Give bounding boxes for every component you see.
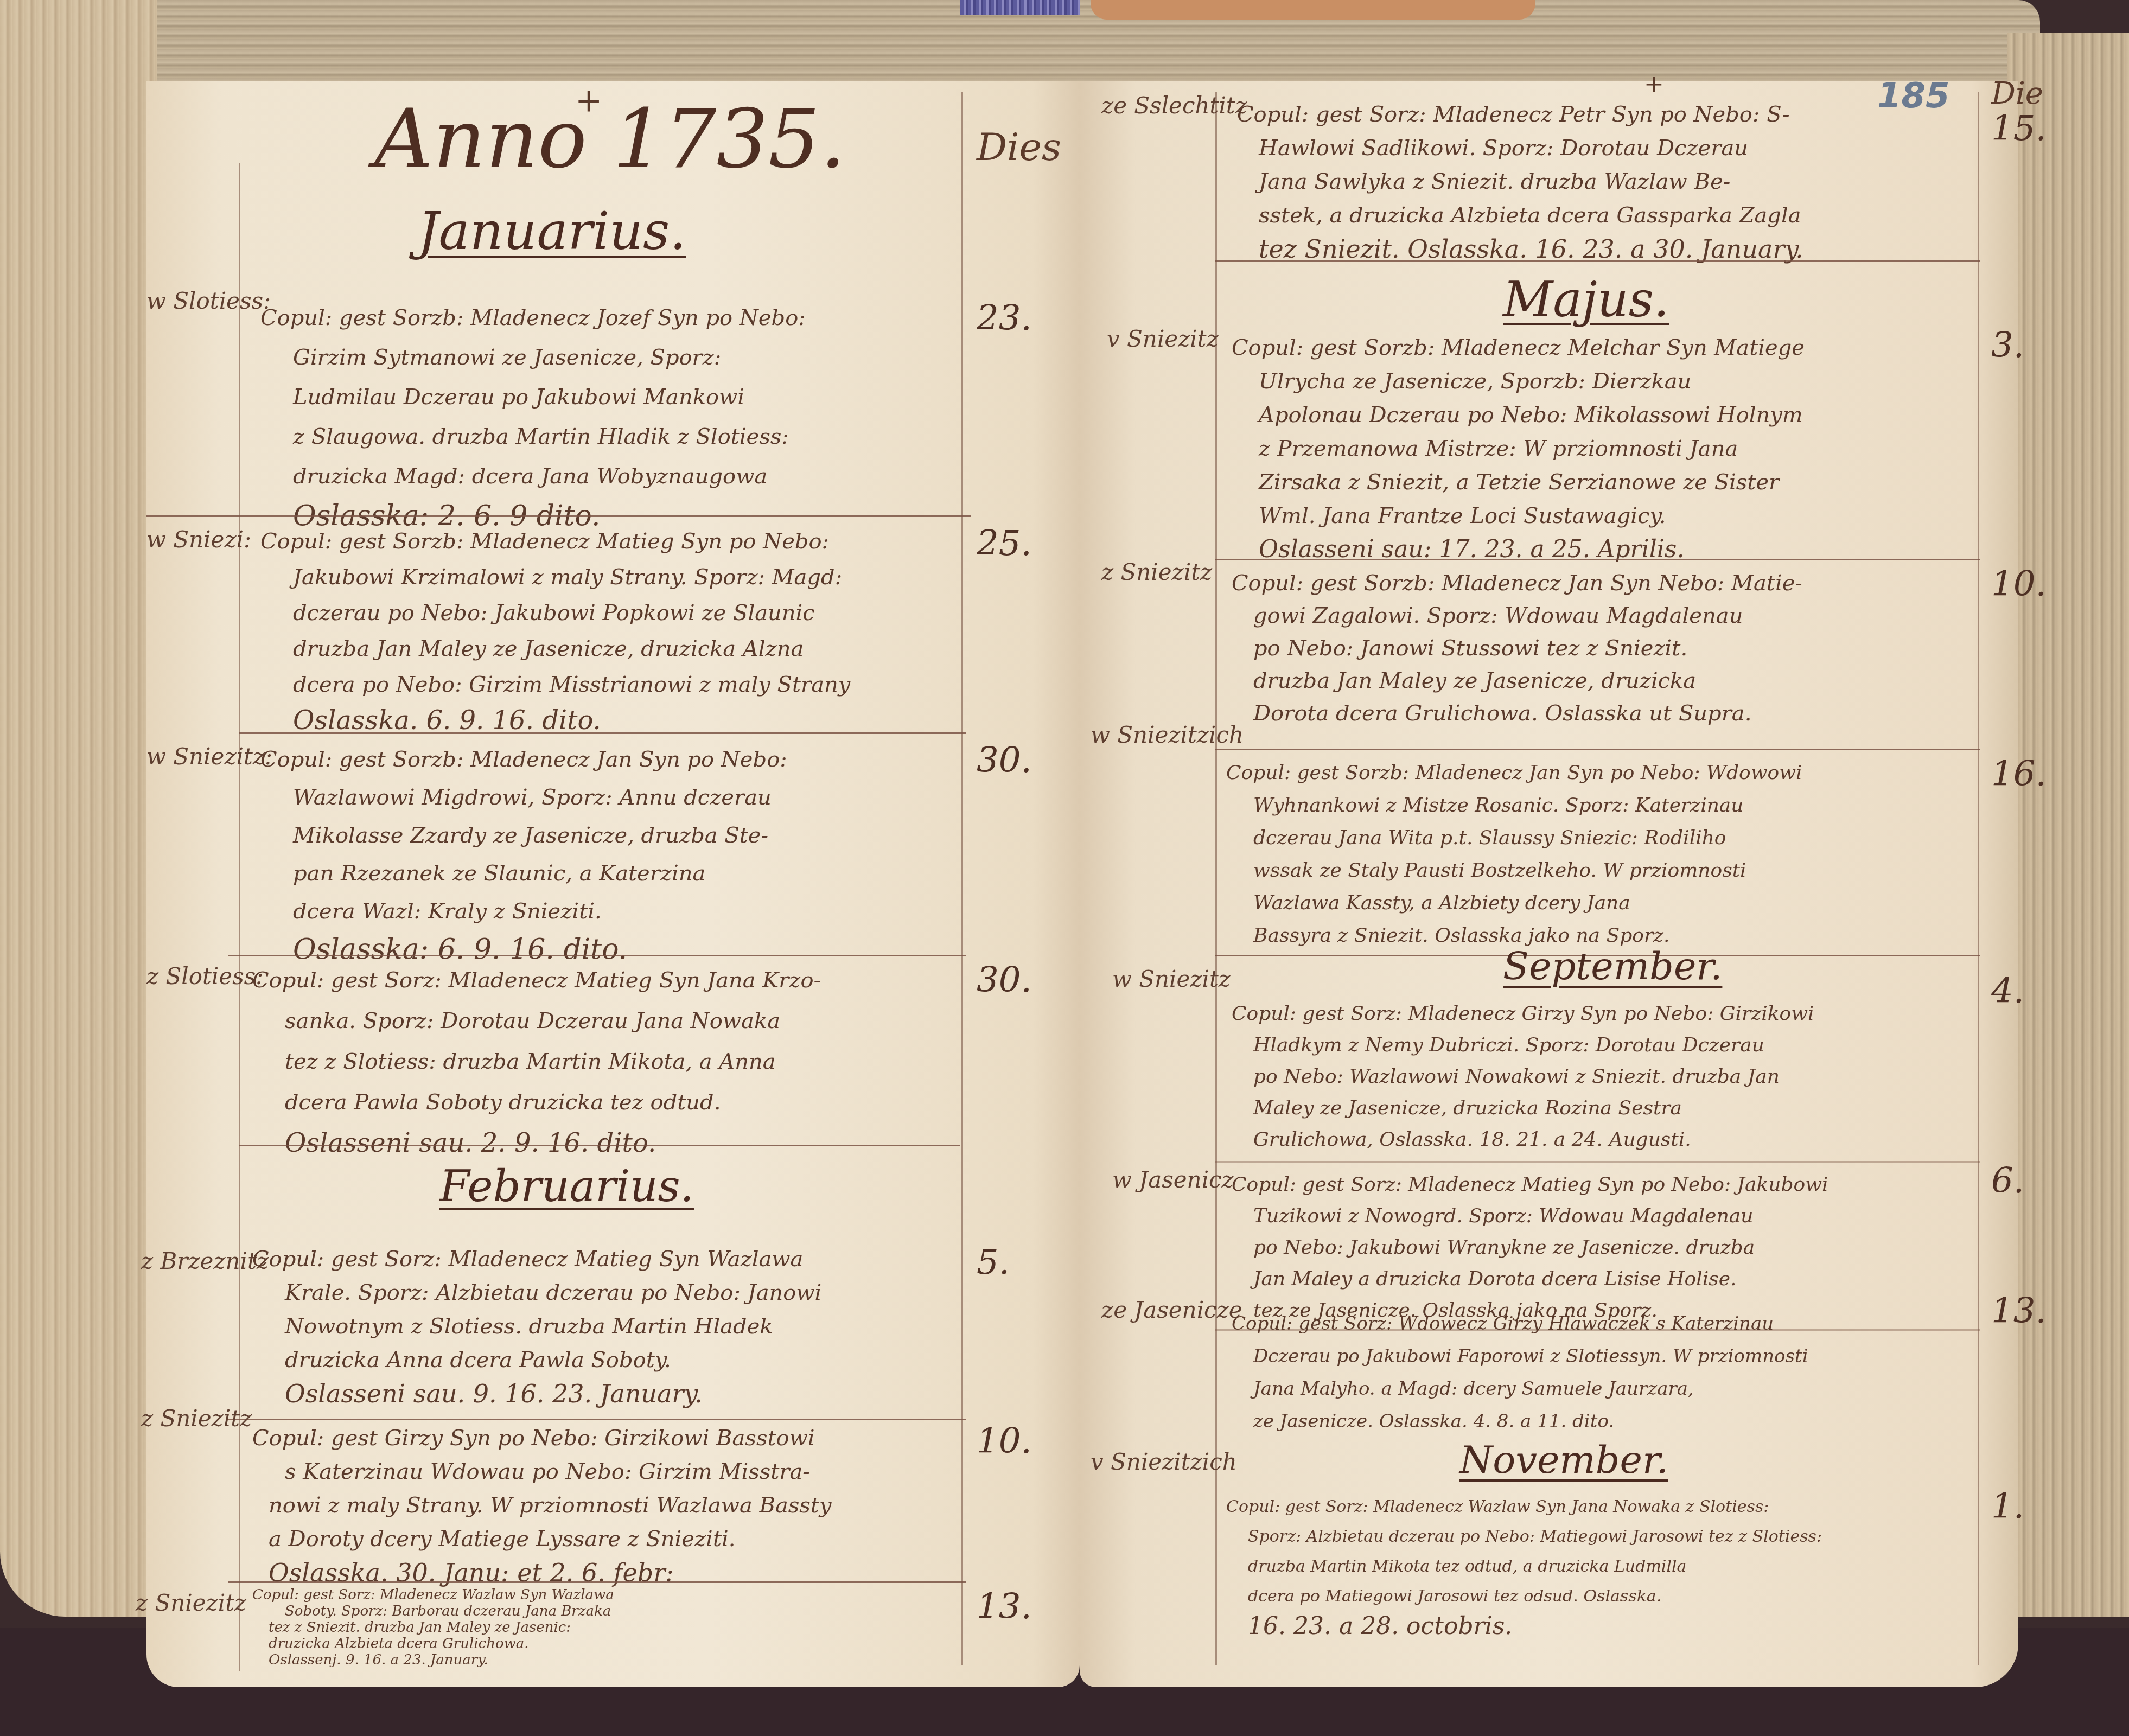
date-column-rule <box>961 92 963 1665</box>
entry-day: 13. <box>977 1587 1032 1627</box>
register-entry: Copul: gest Girzy Syn po Nebo: Girzikowi… <box>252 1421 958 1590</box>
register-entry: Copul: gest Sorzb: Mladenecz Jan Syn Neb… <box>1232 567 1969 730</box>
entry-divider <box>228 1581 966 1583</box>
entry-day: 13. <box>1991 1291 2047 1331</box>
register-entry: Copul: gest Sorzb: Mladenecz Jan Syn po … <box>260 741 955 968</box>
month-heading-november: November. <box>1459 1438 1668 1482</box>
entry-place: w Slotiess: <box>146 288 271 314</box>
entry-day: 6. <box>1991 1161 2024 1201</box>
register-entry: Copul: gest Sorzb: Mladenecz Jozef Syn p… <box>260 298 955 536</box>
page-stack-right-edge <box>2007 33 2129 1617</box>
entry-place: z Sniezitz <box>1101 559 1212 585</box>
entry-divider <box>228 1419 966 1420</box>
month-heading-januarius: Januarius. <box>418 201 686 261</box>
column-header-die: Die <box>1991 76 2043 111</box>
entry-day: 5. <box>977 1242 1010 1282</box>
entry-place: w Sniezitz: <box>146 743 272 770</box>
register-entry: Copul: gest Sorz: Wdowecz Girzy Hlawacze… <box>1232 1307 1969 1438</box>
date-column-rule <box>1978 92 1979 1665</box>
entry-place: w Sniezitzich <box>1091 722 1244 748</box>
entry-day: 25. <box>977 524 1032 564</box>
entry-divider <box>228 955 966 956</box>
entry-place: ze Jasenicze <box>1101 1297 1242 1323</box>
register-entry: Copul: gest Sorz: Mladenecz Petr Syn po … <box>1237 98 1969 266</box>
entry-place: z Slotiess: <box>146 963 263 990</box>
register-entry: Copul: gest Sorzb: Mladenecz Melchar Syn… <box>1232 331 1969 566</box>
register-entry: Copul: gest Sorz: Mladenecz Matieg Syn J… <box>252 960 958 1164</box>
entry-day: 30. <box>977 741 1032 781</box>
entry-day: 4. <box>1991 971 2024 1011</box>
register-entry: Copul: gest Sorzb: Mladenecz Jan Syn po … <box>1226 757 1975 952</box>
right-page: 185 Die + ze Sslechtitz 15. Copul: gest … <box>1080 81 2018 1687</box>
entry-divider <box>239 1145 960 1146</box>
month-heading-majus: Majus. <box>1503 271 1669 328</box>
entry-divider <box>1215 260 1980 262</box>
entry-place: z Brzeznitz <box>141 1248 269 1274</box>
left-page: + Anno 1735. Dies Januarius. w Slotiess:… <box>146 81 1080 1687</box>
cross-mark: + <box>1644 71 1664 98</box>
register-entry: Copul: gest Sorz: Mladenecz Wazlaw Syn J… <box>1226 1492 1975 1641</box>
entry-day: 23. <box>977 298 1032 339</box>
page-title: Anno 1735. <box>374 92 846 187</box>
entry-day: 1. <box>1991 1486 2024 1527</box>
entry-day: 3. <box>1991 325 2024 366</box>
entry-divider <box>239 732 966 734</box>
register-entry: Copul: gest Sorz: Mladenecz Girzy Syn po… <box>1232 998 1969 1156</box>
register-entry: Copul: gest Sorzb: Mladenecz Matieg Syn … <box>260 524 955 738</box>
entry-place: v Sniezitz <box>1107 325 1219 352</box>
entry-day: 30. <box>977 960 1032 1000</box>
entry-place: w Sniezi: <box>146 526 251 553</box>
entry-day: 16. <box>1991 754 2047 794</box>
entry-divider <box>1215 1161 1980 1163</box>
entry-day: 10. <box>977 1421 1032 1461</box>
entry-place: z Sniezitz <box>136 1590 246 1616</box>
month-heading-september: September. <box>1503 944 1722 988</box>
entry-day: 10. <box>1991 564 2047 604</box>
entry-place: v Sniezitzich <box>1091 1448 1237 1475</box>
entry-place: z Sniezitz <box>141 1405 252 1432</box>
page-stack-left-edge <box>0 0 157 1617</box>
entry-day: 15. <box>1991 108 2047 149</box>
entry-divider <box>146 515 971 517</box>
register-entry: Copul: gest Sorz: Mladenecz Wazlaw Syn W… <box>252 1587 958 1668</box>
column-header-dies: Dies <box>977 125 1061 169</box>
register-entry: Copul: gest Sorz: Mladenecz Matieg Syn p… <box>1232 1169 1969 1326</box>
left-margin-rule <box>239 163 240 1671</box>
entry-place: w Jasenicz <box>1112 1166 1234 1193</box>
entry-divider <box>1215 749 1980 750</box>
entry-place: w Sniezitz <box>1112 966 1231 992</box>
book-cover-edge <box>1091 0 1535 20</box>
entry-place: ze Sslechtitz <box>1101 92 1247 119</box>
register-entry: Copul: gest Sorz: Mladenecz Matieg Syn W… <box>252 1242 958 1410</box>
month-heading-februarius: Februarius. <box>439 1161 694 1211</box>
bookmark-ribbon <box>960 0 1080 15</box>
entry-divider <box>1215 559 1980 560</box>
